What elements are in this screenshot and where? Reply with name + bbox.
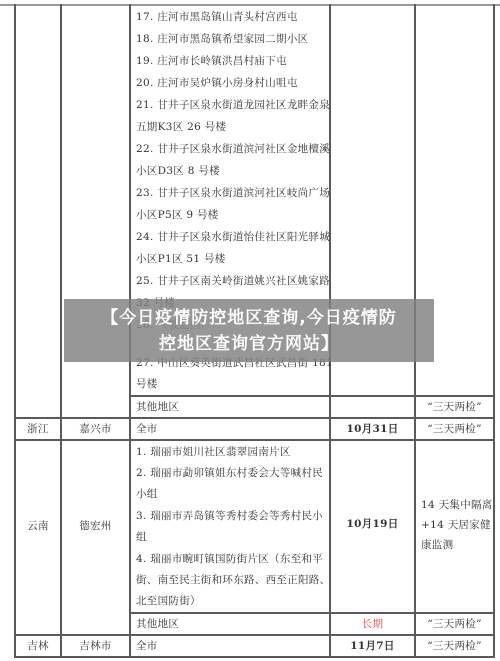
list-item: 23. 甘井子区泉水街道滨河社区岐尚广场 <box>136 182 330 204</box>
province-cell: 云南 <box>16 515 60 537</box>
measure-line: 康监测 <box>421 534 453 556</box>
col-divider <box>14 4 16 658</box>
area-line: 街、南至民主街和环东路、西至正阳路、 <box>136 569 330 591</box>
area-cell: 全市 <box>136 418 158 440</box>
list-item: 25. 甘井子区南关岭街道姚兴社区姚家路 <box>136 270 330 292</box>
other-area-label: 其他地区 <box>136 613 179 635</box>
document-page: 17. 庄河市黑岛镇山青头村宫西屯 18. 庄河市黑岛镇希望家园二期小区 19.… <box>0 0 500 661</box>
city-cell: 德宏州 <box>62 515 129 537</box>
other-area-measure: “三天两检” <box>416 613 493 635</box>
area-line: 小组 <box>136 483 158 505</box>
list-item: 20. 庄河市吴炉镇小房身村山咀屯 <box>136 72 298 94</box>
list-item: 24. 甘井子区泉水街道怡佳社区阳光驿城 <box>136 226 330 248</box>
list-item: 19. 庄河市长岭镇洪昌村庙下屯 <box>136 50 287 72</box>
other-area-label: 其他地区 <box>136 396 179 418</box>
area-line: 2. 瑞丽市勐卯镇姐东村委会大等喊村民 <box>136 462 323 484</box>
list-item: 22. 甘井子区泉水街道滨河社区金地檀溪 <box>136 138 330 160</box>
other-area-measure: “三天两检” <box>416 396 493 418</box>
province-cell: 吉林 <box>16 635 60 657</box>
measure-cell: “三天两检” <box>416 418 493 440</box>
list-item: 21. 甘井子区泉水街道龙园社区龙畔金泉 <box>136 94 330 116</box>
date-cell: 10月31日 <box>331 418 414 440</box>
area-line: 3. 瑞丽市弄岛镇等秀村委会等秀村民小 <box>136 505 323 527</box>
list-item: 小区P5区 9 号楼 <box>136 204 219 226</box>
city-cell: 嘉兴市 <box>62 418 129 440</box>
date-cell: 10月19日 <box>331 513 414 535</box>
measure-line: +14 天居家健 <box>421 514 491 536</box>
area-line: 北至国防街） <box>136 590 201 612</box>
list-item: 小区P1区 51 号楼 <box>136 248 226 270</box>
col-divider <box>493 4 495 658</box>
area-line: 4. 瑞丽市畹町镇国防街片区（东至和平 <box>136 548 323 570</box>
list-item: 号楼 <box>136 373 158 395</box>
title-banner: 【今日疫情防控地区查询,今日疫情防 控地区查询官方网站】 <box>64 299 434 362</box>
date-cell: 11月7日 <box>331 635 414 657</box>
list-item: 17. 庄河市黑岛镇山青头村宫西屯 <box>136 6 298 28</box>
banner-title-line1: 【今日疫情防控地区查询,今日疫情防 <box>101 305 396 331</box>
area-cell: 全市 <box>136 635 158 657</box>
area-line: 组 <box>136 526 147 548</box>
other-area-date: 长期 <box>331 613 414 635</box>
banner-title-line2: 控地区查询官方网站】 <box>159 331 339 357</box>
measure-cell: “三天两检” <box>416 635 493 657</box>
col-divider <box>60 4 62 658</box>
measure-line: 14 天集中隔离 <box>421 494 493 516</box>
city-cell: 吉林市 <box>62 635 129 657</box>
province-cell: 浙江 <box>16 418 60 440</box>
list-item: 18. 庄河市黑岛镇希望家园二期小区 <box>136 28 308 50</box>
list-item: 五期K3区 26 号楼 <box>136 116 226 138</box>
list-item: 小区D3区 8 号楼 <box>136 160 220 182</box>
area-line: 1. 瑞丽市姐川社区翡翠园南片区 <box>136 441 291 463</box>
